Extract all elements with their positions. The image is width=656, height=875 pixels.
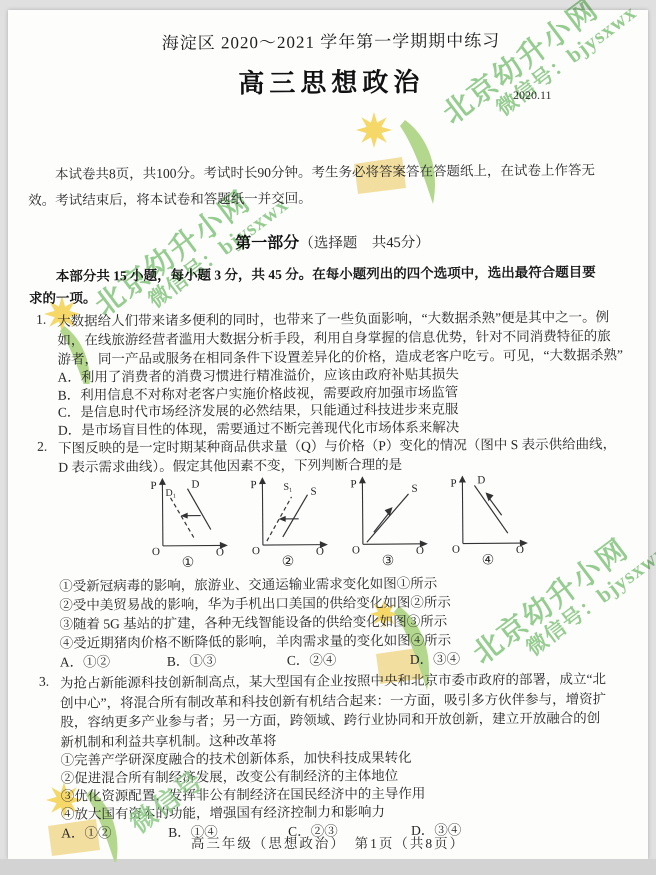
- shift-arrow-head: [279, 516, 286, 522]
- origin-label: O: [452, 544, 460, 554]
- curve-label-s1: S₁: [283, 482, 292, 493]
- diagram-caption: ①: [147, 555, 229, 572]
- question-3: 3. 为抢占新能源科技创新制高点，某大型国有企业按照中央和北京市委市政府的部署，…: [32, 669, 641, 843]
- y-axis-arrow: [459, 475, 466, 482]
- axis-label-q: Q: [516, 544, 524, 554]
- intro-line: 效。考试结束后，将本试卷和答题纸一并交回。: [28, 183, 636, 214]
- movement-arrow-head: [385, 507, 393, 516]
- curve-label-d: D: [191, 479, 199, 491]
- question-number: 3.: [39, 674, 49, 690]
- choice-c: C．②④: [287, 651, 410, 670]
- axis-label-p: P: [450, 478, 456, 490]
- y-axis-arrow: [259, 477, 266, 484]
- diagram-caption: ②: [247, 555, 329, 572]
- question-2: 2. 下图反映的是一定时期某种商品供求量（Q）与价格（P）变化的情况（图中 S …: [30, 434, 640, 672]
- choice-b: B．①③: [167, 652, 287, 671]
- choice-d: D．③④: [410, 651, 460, 669]
- scan-edge-strip: [0, 859, 656, 875]
- curve-label-d: D: [477, 474, 485, 486]
- curve-label-d1: D₁: [165, 488, 176, 499]
- exam-title: 海淀区 2020～2021 学年第一学期期中练习: [27, 29, 635, 56]
- section-heading-detail: （选择题 共45分）: [299, 235, 430, 252]
- curve-label-s: S: [411, 483, 417, 495]
- demand-curve: [474, 485, 507, 533]
- section-heading: 第一部分（选择题 共45分）: [28, 229, 636, 258]
- exam-scan-page: { "header": { "title_line1": "海淀区 2020～2…: [0, 0, 656, 875]
- axis-label-q: Q: [216, 546, 224, 556]
- movement-arrow: [374, 512, 390, 532]
- supply-demand-diagram-4: P O Q D ④: [446, 473, 529, 570]
- question-number: 2.: [37, 439, 47, 455]
- supply-demand-diagram-3: P O Q S ③: [346, 474, 429, 571]
- origin-label: O: [252, 545, 260, 555]
- axis-label-p: P: [150, 480, 156, 492]
- axis-label-q: Q: [316, 546, 324, 556]
- exam-content: 海淀区 2020～2021 学年第一学期期中练习 高三思想政治 本试卷共8页，共…: [27, 17, 641, 843]
- supply-demand-diagram-2: P O Q S₁ S ②: [246, 475, 329, 572]
- choice-a: A．①②: [60, 653, 167, 672]
- intro-line: 本试卷共8页，共100分。考试时长90分钟。考生务必将答案答在答题纸上，在试卷上…: [28, 157, 636, 188]
- supply-demand-diagrams: P O Q D₁ D ①: [146, 472, 639, 572]
- supply-curve: [367, 494, 409, 542]
- page-footer: 高三年级（思想政治） 第1页（共8页）: [8, 832, 648, 852]
- y-axis-arrow: [159, 478, 166, 485]
- axis-label-p: P: [250, 479, 256, 491]
- exam-date: 2020.11: [513, 88, 552, 103]
- section-instructions: 本部分共 15 小题，每小题 3 分，共 45 分。在每小题列出的四个选项中，选…: [29, 261, 637, 310]
- section-heading-title: 第一部分: [235, 235, 299, 253]
- choice-row: A．①② B．①③ C．②④ D．③④: [60, 649, 640, 672]
- axis-label-p: P: [350, 478, 356, 490]
- shifted-demand-curve: [171, 498, 194, 538]
- question-1: 1. 大数据给人们带来诸多便利的同时，也带来了一些负面影响，“大数据杀熟”便是其…: [29, 307, 638, 439]
- exam-paper-sheet: 海淀区 2020～2021 学年第一学期期中练习 高三思想政治 本试卷共8页，共…: [8, 10, 648, 859]
- movement-arrow: [489, 497, 502, 515]
- question-number: 1.: [36, 312, 46, 328]
- axis-label-q: Q: [416, 545, 424, 555]
- origin-label: O: [352, 544, 360, 554]
- demand-curve: [187, 488, 210, 529]
- supply-curve: [283, 495, 308, 537]
- y-axis-arrow: [359, 476, 366, 483]
- movement-arrow-head: [485, 492, 493, 501]
- diagram-caption: ③: [347, 554, 429, 571]
- supply-demand-diagram-1: P O Q D₁ D ①: [146, 475, 229, 572]
- curve-label-s: S: [310, 486, 316, 498]
- origin-label: O: [152, 546, 160, 556]
- exam-instructions: 本试卷共8页，共100分。考试时长90分钟。考生务必将答案答在答题纸上，在试卷上…: [28, 157, 636, 214]
- diagram-caption: ④: [447, 553, 529, 570]
